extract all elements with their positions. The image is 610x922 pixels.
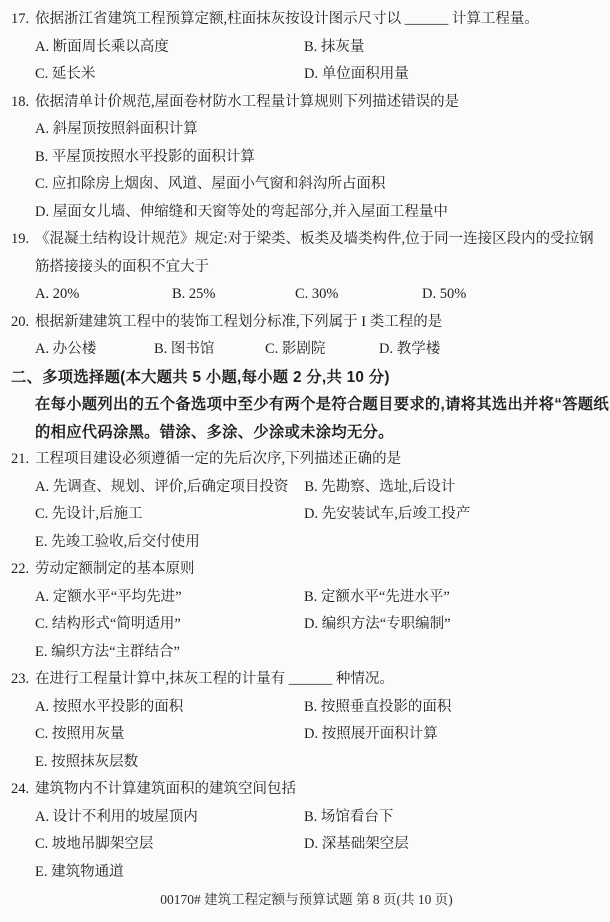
exam-page: 17. 依据浙江省建筑工程预算定额,柱面抹灰按设计图示尺寸以 ______ 计算… (0, 0, 610, 922)
question-24-options-ab: A. 设计不利用的坡屋顶内 B. 场馆看台下 (35, 804, 602, 832)
question-18-stem: 依据清单计价规范,屋面卷材防水工程量计算规则下列描述错误的是 (35, 89, 602, 117)
question-24-stem: 建筑物内不计算建筑面积的建筑空间包括 (35, 776, 602, 804)
question-19-option-a: A. 20% (35, 281, 172, 309)
question-23-option-a: A. 按照水平投影的面积 (35, 694, 304, 722)
question-17-options-ab: A. 断面周长乘以高度 B. 抹灰量 (35, 34, 602, 62)
question-18-option-b: B. 平屋顶按照水平投影的面积计算 (35, 144, 255, 172)
question-22: 22. 劳动定额制定的基本原则 (11, 556, 602, 584)
question-18-number: 18. (11, 89, 35, 117)
question-21: 21. 工程项目建设必须遵循一定的先后次序,下列描述正确的是 (11, 446, 602, 474)
question-17-option-d: D. 单位面积用量 (304, 61, 409, 89)
question-20-option-b: B. 图书馆 (154, 336, 265, 364)
question-24-option-d: D. 深基础架空层 (304, 831, 409, 859)
question-21-options-cd: C. 先设计,后施工 D. 先安装试车,后竣工投产 (35, 501, 602, 529)
question-24-option-e: E. 建筑物通道 (35, 859, 124, 887)
question-22-option-b: B. 定额水平“先进水平” (304, 584, 450, 612)
question-20-option-a: A. 办公楼 (35, 336, 154, 364)
question-19-stem: 《混凝土结构设计规范》规定:对于梁类、板类及墙类构件,位于同一连接区段内的受拉钢… (35, 226, 602, 281)
question-22-option-c: C. 结构形式“简明适用” (35, 611, 304, 639)
question-22-option-d: D. 编织方法“专职编制” (304, 611, 451, 639)
question-22-number: 22. (11, 556, 35, 584)
question-21-number: 21. (11, 446, 35, 474)
question-18-option-row-c: C. 应扣除房上烟囱、风道、屋面小气窗和斜沟所占面积 (35, 171, 602, 199)
question-18-option-a: A. 斜屋顶按照斜面积计算 (35, 116, 198, 144)
question-23-option-e: E. 按照抹灰层数 (35, 749, 138, 777)
question-18-option-row-b: B. 平屋顶按照水平投影的面积计算 (35, 144, 602, 172)
question-18-option-row-d: D. 屋面女儿墙、伸缩缝和天窗等处的弯起部分,并入屋面工程量中 (35, 199, 602, 227)
question-19-options: A. 20% B. 25% C. 30% D. 50% (35, 281, 602, 309)
question-23-options-cd: C. 按照用灰量 D. 按照展开面积计算 (35, 721, 602, 749)
question-21-option-b: B. 先勘察、选址,后设计 (304, 474, 455, 502)
question-24-option-b: B. 场馆看台下 (304, 804, 393, 832)
question-23-options-ab: A. 按照水平投影的面积 B. 按照垂直投影的面积 (35, 694, 602, 722)
question-18: 18. 依据清单计价规范,屋面卷材防水工程量计算规则下列描述错误的是 (11, 89, 602, 117)
question-18-option-c: C. 应扣除房上烟囱、风道、屋面小气窗和斜沟所占面积 (35, 171, 385, 199)
question-23: 23. 在进行工程量计算中,抹灰工程的计量有 ______ 种情况。 (11, 666, 602, 694)
question-19: 19. 《混凝土结构设计规范》规定:对于梁类、板类及墙类构件,位于同一连接区段内… (11, 226, 602, 281)
question-17-option-b: B. 抹灰量 (304, 34, 364, 62)
question-21-option-e: E. 先竣工验收,后交付使用 (35, 529, 200, 557)
question-17-options-cd: C. 延长米 D. 单位面积用量 (35, 61, 602, 89)
question-20-option-c: C. 影剧院 (265, 336, 379, 364)
question-20-stem: 根据新建建筑工程中的装饰工程划分标准,下列属于 I 类工程的是 (35, 309, 602, 337)
question-19-number: 19. (11, 226, 35, 281)
question-17-number: 17. (11, 6, 35, 34)
question-19-option-c: C. 30% (295, 281, 422, 309)
section-2-title: 二、多项选择题(本大题共 5 小题,每小题 2 分,共 10 分) (11, 364, 602, 392)
question-22-option-a: A. 定额水平“平均先进” (35, 584, 304, 612)
question-22-option-row-e: E. 编织方法“主群结合” (35, 639, 602, 667)
question-23-option-b: B. 按照垂直投影的面积 (304, 694, 451, 722)
question-23-number: 23. (11, 666, 35, 694)
question-24-option-row-e: E. 建筑物通道 (35, 859, 602, 887)
question-17-option-a: A. 断面周长乘以高度 (35, 34, 304, 62)
section-2-instructions-line-1: 在每小题列出的五个备选项中至少有两个是符合题目要求的,请将其选出并将“答题纸” (35, 391, 602, 419)
question-20-number: 20. (11, 309, 35, 337)
question-20-option-d: D. 教学楼 (379, 336, 450, 364)
question-20-options: A. 办公楼 B. 图书馆 C. 影剧院 D. 教学楼 (35, 336, 602, 364)
question-24-options-cd: C. 坡地吊脚架空层 D. 深基础架空层 (35, 831, 602, 859)
section-2-instructions-line-2: 的相应代码涂黑。错涂、多涂、少涂或未涂均无分。 (35, 419, 602, 447)
question-23-stem: 在进行工程量计算中,抹灰工程的计量有 ______ 种情况。 (35, 666, 602, 694)
question-24-option-a: A. 设计不利用的坡屋顶内 (35, 804, 304, 832)
question-24: 24. 建筑物内不计算建筑面积的建筑空间包括 (11, 776, 602, 804)
question-23-option-c: C. 按照用灰量 (35, 721, 304, 749)
question-21-option-d: D. 先安装试车,后竣工投产 (304, 501, 470, 529)
question-19-option-b: B. 25% (172, 281, 295, 309)
question-22-option-e: E. 编织方法“主群结合” (35, 639, 180, 667)
page-footer: 00170# 建筑工程定额与预算试题 第 8 页(共 10 页) (11, 886, 602, 914)
question-21-stem: 工程项目建设必须遵循一定的先后次序,下列描述正确的是 (35, 446, 602, 474)
question-23-option-d: D. 按照展开面积计算 (304, 721, 438, 749)
question-21-options-ab: A. 先调查、规划、评价,后确定项目投资 B. 先勘察、选址,后设计 (35, 474, 602, 502)
question-21-option-c: C. 先设计,后施工 (35, 501, 304, 529)
question-23-option-row-e: E. 按照抹灰层数 (35, 749, 602, 777)
question-20: 20. 根据新建建筑工程中的装饰工程划分标准,下列属于 I 类工程的是 (11, 309, 602, 337)
question-22-options-cd: C. 结构形式“简明适用” D. 编织方法“专职编制” (35, 611, 602, 639)
question-18-option-row-a: A. 斜屋顶按照斜面积计算 (35, 116, 602, 144)
question-21-option-row-e: E. 先竣工验收,后交付使用 (35, 529, 602, 557)
question-17: 17. 依据浙江省建筑工程预算定额,柱面抹灰按设计图示尺寸以 ______ 计算… (11, 6, 602, 34)
question-22-options-ab: A. 定额水平“平均先进” B. 定额水平“先进水平” (35, 584, 602, 612)
question-24-option-c: C. 坡地吊脚架空层 (35, 831, 304, 859)
question-17-stem: 依据浙江省建筑工程预算定额,柱面抹灰按设计图示尺寸以 ______ 计算工程量。 (35, 6, 602, 34)
question-19-option-d: D. 50% (422, 281, 476, 309)
question-24-number: 24. (11, 776, 35, 804)
question-22-stem: 劳动定额制定的基本原则 (35, 556, 602, 584)
question-18-option-d: D. 屋面女儿墙、伸缩缝和天窗等处的弯起部分,并入屋面工程量中 (35, 199, 448, 227)
question-17-option-c: C. 延长米 (35, 61, 304, 89)
question-21-option-a: A. 先调查、规划、评价,后确定项目投资 (35, 474, 304, 502)
